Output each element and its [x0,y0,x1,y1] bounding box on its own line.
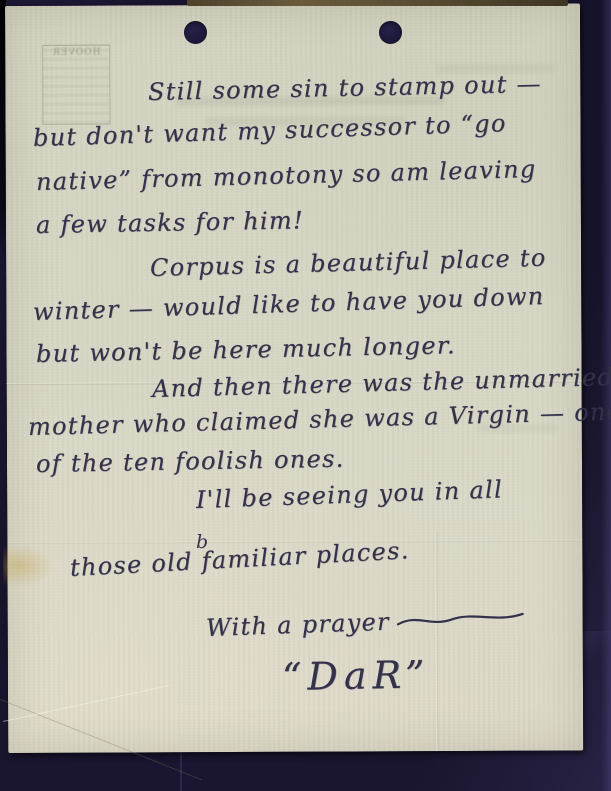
scanned-letter-page: HOOVER Still some sin to stamp out — but… [0,0,611,791]
punch-hole-right [379,21,402,44]
flourish-stroke [395,608,526,631]
bleedthrough-stamp: HOOVER [42,45,110,125]
signature: “DaR” [282,655,431,696]
handwritten-line: of the ten foolish ones. [36,447,345,476]
closing-text: With a prayer [206,610,391,640]
scan-bed-seam [180,748,182,791]
binder-edge-strip [187,0,568,6]
fold-crease-vertical [435,532,438,751]
paper-stain [3,544,55,588]
bleedthrough-stamp-text: HOOVER [52,48,100,58]
fold-crease-diagonal [0,694,202,780]
fold-crease-vertical [561,4,564,334]
fold-crease-diagonal [3,685,169,722]
handwritten-line: a few tasks for him! [36,208,304,237]
punch-hole-left [184,21,207,44]
